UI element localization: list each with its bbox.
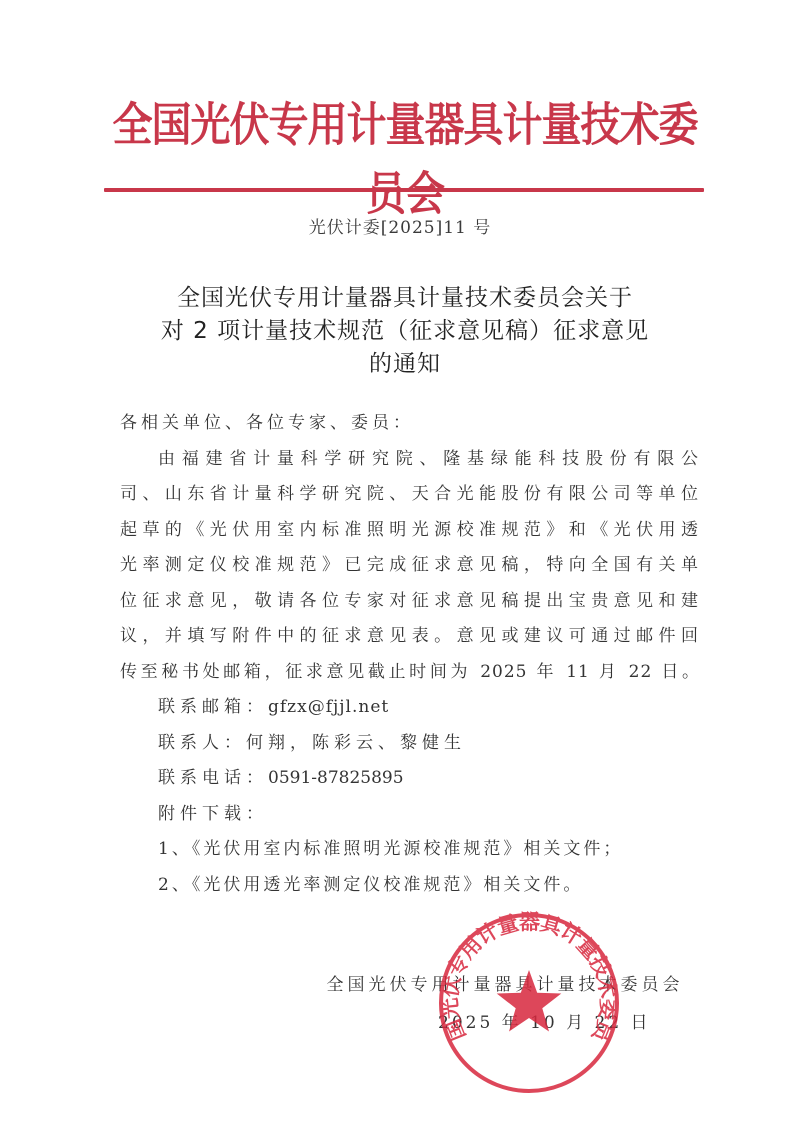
paragraph-line: 由福建省计量科学研究院、隆基绿能科技股份有限公 — [120, 442, 700, 478]
contact-email-row: 联系邮箱：gfzx@fjjl.net — [120, 690, 700, 726]
notice-title: 全国光伏专用计量器具计量技术委员会关于 对 2 项计量技术规范（征求意见稿）征求… — [110, 282, 700, 381]
paragraph-line: 光率测定仪校准规范》已完成征求意见稿，特向全国有关单 — [120, 548, 700, 584]
contact-person-label: 联系人： — [158, 733, 246, 753]
paragraph-line: 议，并填写附件中的征求意见表。意见或建议可通过邮件回 — [120, 619, 700, 655]
attachment-link-2[interactable]: 2、《光伏用透光率测定仪校准规范》相关文件。 — [120, 868, 700, 904]
paragraph-line: 传至秘书处邮箱，征求意见截止时间为 2025 年 11 月 22 日。 — [120, 655, 700, 691]
masthead-divider — [104, 188, 704, 192]
salutation: 各相关单位、各位专家、委员： — [120, 406, 700, 442]
title-line: 全国光伏专用计量器具计量技术委员会关于 — [110, 282, 700, 315]
document-number: 光伏计委[2025]11 号 — [0, 213, 800, 238]
paragraph-line: 位征求意见，敬请各位专家对征求意见稿提出宝贵意见和建 — [120, 584, 700, 620]
title-line: 的通知 — [110, 348, 700, 381]
document-page: 全国光伏专用计量器具计量技术委员会 光伏计委[2025]11 号 全国光伏专用计… — [0, 0, 800, 1141]
contact-email-link[interactable]: gfzx@fjjl.net — [268, 697, 389, 717]
notice-body: 各相关单位、各位专家、委员： 由福建省计量科学研究院、隆基绿能科技股份有限公 司… — [120, 406, 700, 903]
contact-email-label: 联系邮箱： — [158, 697, 268, 717]
contact-phone-row: 联系电话：0591-87825895 — [120, 761, 700, 797]
paragraph-line: 司、山东省计量科学研究院、天合光能股份有限公司等单位 — [120, 477, 700, 513]
attachment-link-1[interactable]: 1、《光伏用室内标准照明光源校准规范》相关文件； — [120, 832, 700, 868]
paragraph-line: 起草的《光伏用室内标准照明光源校准规范》和《光伏用透 — [120, 513, 700, 549]
contact-persons: 何翔，陈彩云、黎健生 — [246, 733, 466, 753]
official-seal-icon: 全国光伏专用计量器具计量技术委员会 — [434, 908, 624, 1098]
attachments-label: 附件下载： — [120, 797, 700, 833]
title-line: 对 2 项计量技术规范（征求意见稿）征求意见 — [110, 315, 700, 348]
contact-person-row: 联系人：何翔，陈彩云、黎健生 — [120, 726, 700, 762]
contact-phone: 0591-87825895 — [268, 768, 404, 788]
contact-phone-label: 联系电话： — [158, 768, 268, 788]
masthead-title: 全国光伏专用计量器具计量技术委员会 — [100, 91, 710, 229]
